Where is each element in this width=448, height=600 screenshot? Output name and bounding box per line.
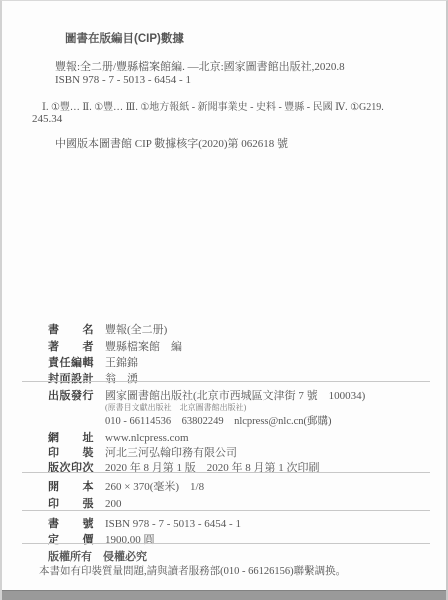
printer-row: 印 裝 河北三河弘翰印務有限公司 [48, 444, 237, 460]
price-row: 定 價 1900.00 圓 [48, 531, 155, 547]
publisher-value: 國家圖書館出版社(北京市西城區文津街 7 號 100034) [105, 387, 365, 403]
trim-size-value: 260 × 370(毫米) 1/8 [105, 478, 204, 494]
publisher-label: 出版發行 [48, 387, 96, 403]
copyright-notice: 版權所有 侵權必究 [48, 548, 147, 564]
author-label: 著 者 [48, 338, 96, 354]
website-row: 網 址 www.nlcpress.com [48, 429, 189, 445]
price-label: 定 價 [48, 531, 96, 547]
cover-designer-value: 翁 湧 [105, 370, 138, 386]
sheets-value: 200 [105, 498, 122, 510]
cip-record-number: 中國版本圖書館 CIP 數據核字(2020)第 062618 號 [55, 135, 288, 151]
cip-entry: 豐報:全二册/豐縣檔案館編. —北京:國家圖書館出版社,2020.8 [55, 58, 345, 74]
sheets-row: 印 張 200 [48, 495, 122, 511]
publisher-contact: 010 - 66114536 63802249 nlcpress@nlc.cn(… [105, 413, 332, 428]
divider [22, 510, 430, 511]
website-value: www.nlcpress.com [105, 432, 189, 444]
book-title-value: 豐報(全二册) [105, 321, 167, 337]
cip-header: 圖書在版編目(CIP)數據 [65, 30, 184, 46]
page-bottom-edge [2, 590, 446, 600]
isbn-value: ISBN 978 - 7 - 5013 - 6454 - 1 [105, 518, 241, 530]
service-note: 本書如有印裝質量問題,請與讀者服務部(010 - 66126156)聯繫調换。 [39, 563, 346, 578]
printer-value: 河北三河弘翰印務有限公司 [105, 444, 237, 460]
editor-value: 王錦錦 [105, 354, 138, 370]
cip-classification-line2: 245.34 [32, 113, 62, 125]
publisher-former-names: (原書目文獻出版社 北京圖書館出版社) [105, 402, 246, 413]
divider [22, 472, 430, 473]
trim-size-row: 開 本 260 × 370(毫米) 1/8 [48, 478, 204, 494]
author-row: 著 者 豐縣檔案館 編 [48, 338, 182, 354]
isbn-row: 書 號 ISBN 978 - 7 - 5013 - 6454 - 1 [48, 515, 241, 531]
publisher-row: 出版發行 國家圖書館出版社(北京市西城區文津街 7 號 100034) [48, 387, 365, 403]
editor-label: 責任編輯 [48, 354, 96, 370]
editor-row: 責任編輯 王錦錦 [48, 354, 138, 370]
website-label: 網 址 [48, 429, 96, 445]
cover-designer-label: 封面設計 [48, 370, 96, 386]
author-value: 豐縣檔案館 編 [105, 338, 182, 354]
isbn-label: 書 號 [48, 515, 96, 531]
cip-isbn: ISBN 978 - 7 - 5013 - 6454 - 1 [55, 74, 191, 86]
trim-size-label: 開 本 [48, 478, 96, 494]
divider [22, 543, 430, 544]
book-title-label: 書 名 [48, 321, 96, 337]
cip-classification-line1: Ⅰ. ①豐… Ⅱ. ①豐… Ⅲ. ①地方報紙 - 新聞事業史 - 史料 - 豐縣… [42, 98, 384, 113]
book-title-row: 書 名 豐報(全二册) [48, 321, 167, 337]
copyright-page: 圖書在版編目(CIP)數據 豐報:全二册/豐縣檔案館編. —北京:國家圖書館出版… [0, 0, 448, 600]
price-value: 1900.00 圓 [105, 531, 155, 547]
divider [22, 381, 430, 382]
sheets-label: 印 張 [48, 495, 96, 511]
cover-designer-row: 封面設計 翁 湧 [48, 370, 138, 386]
printer-label: 印 裝 [48, 444, 96, 460]
